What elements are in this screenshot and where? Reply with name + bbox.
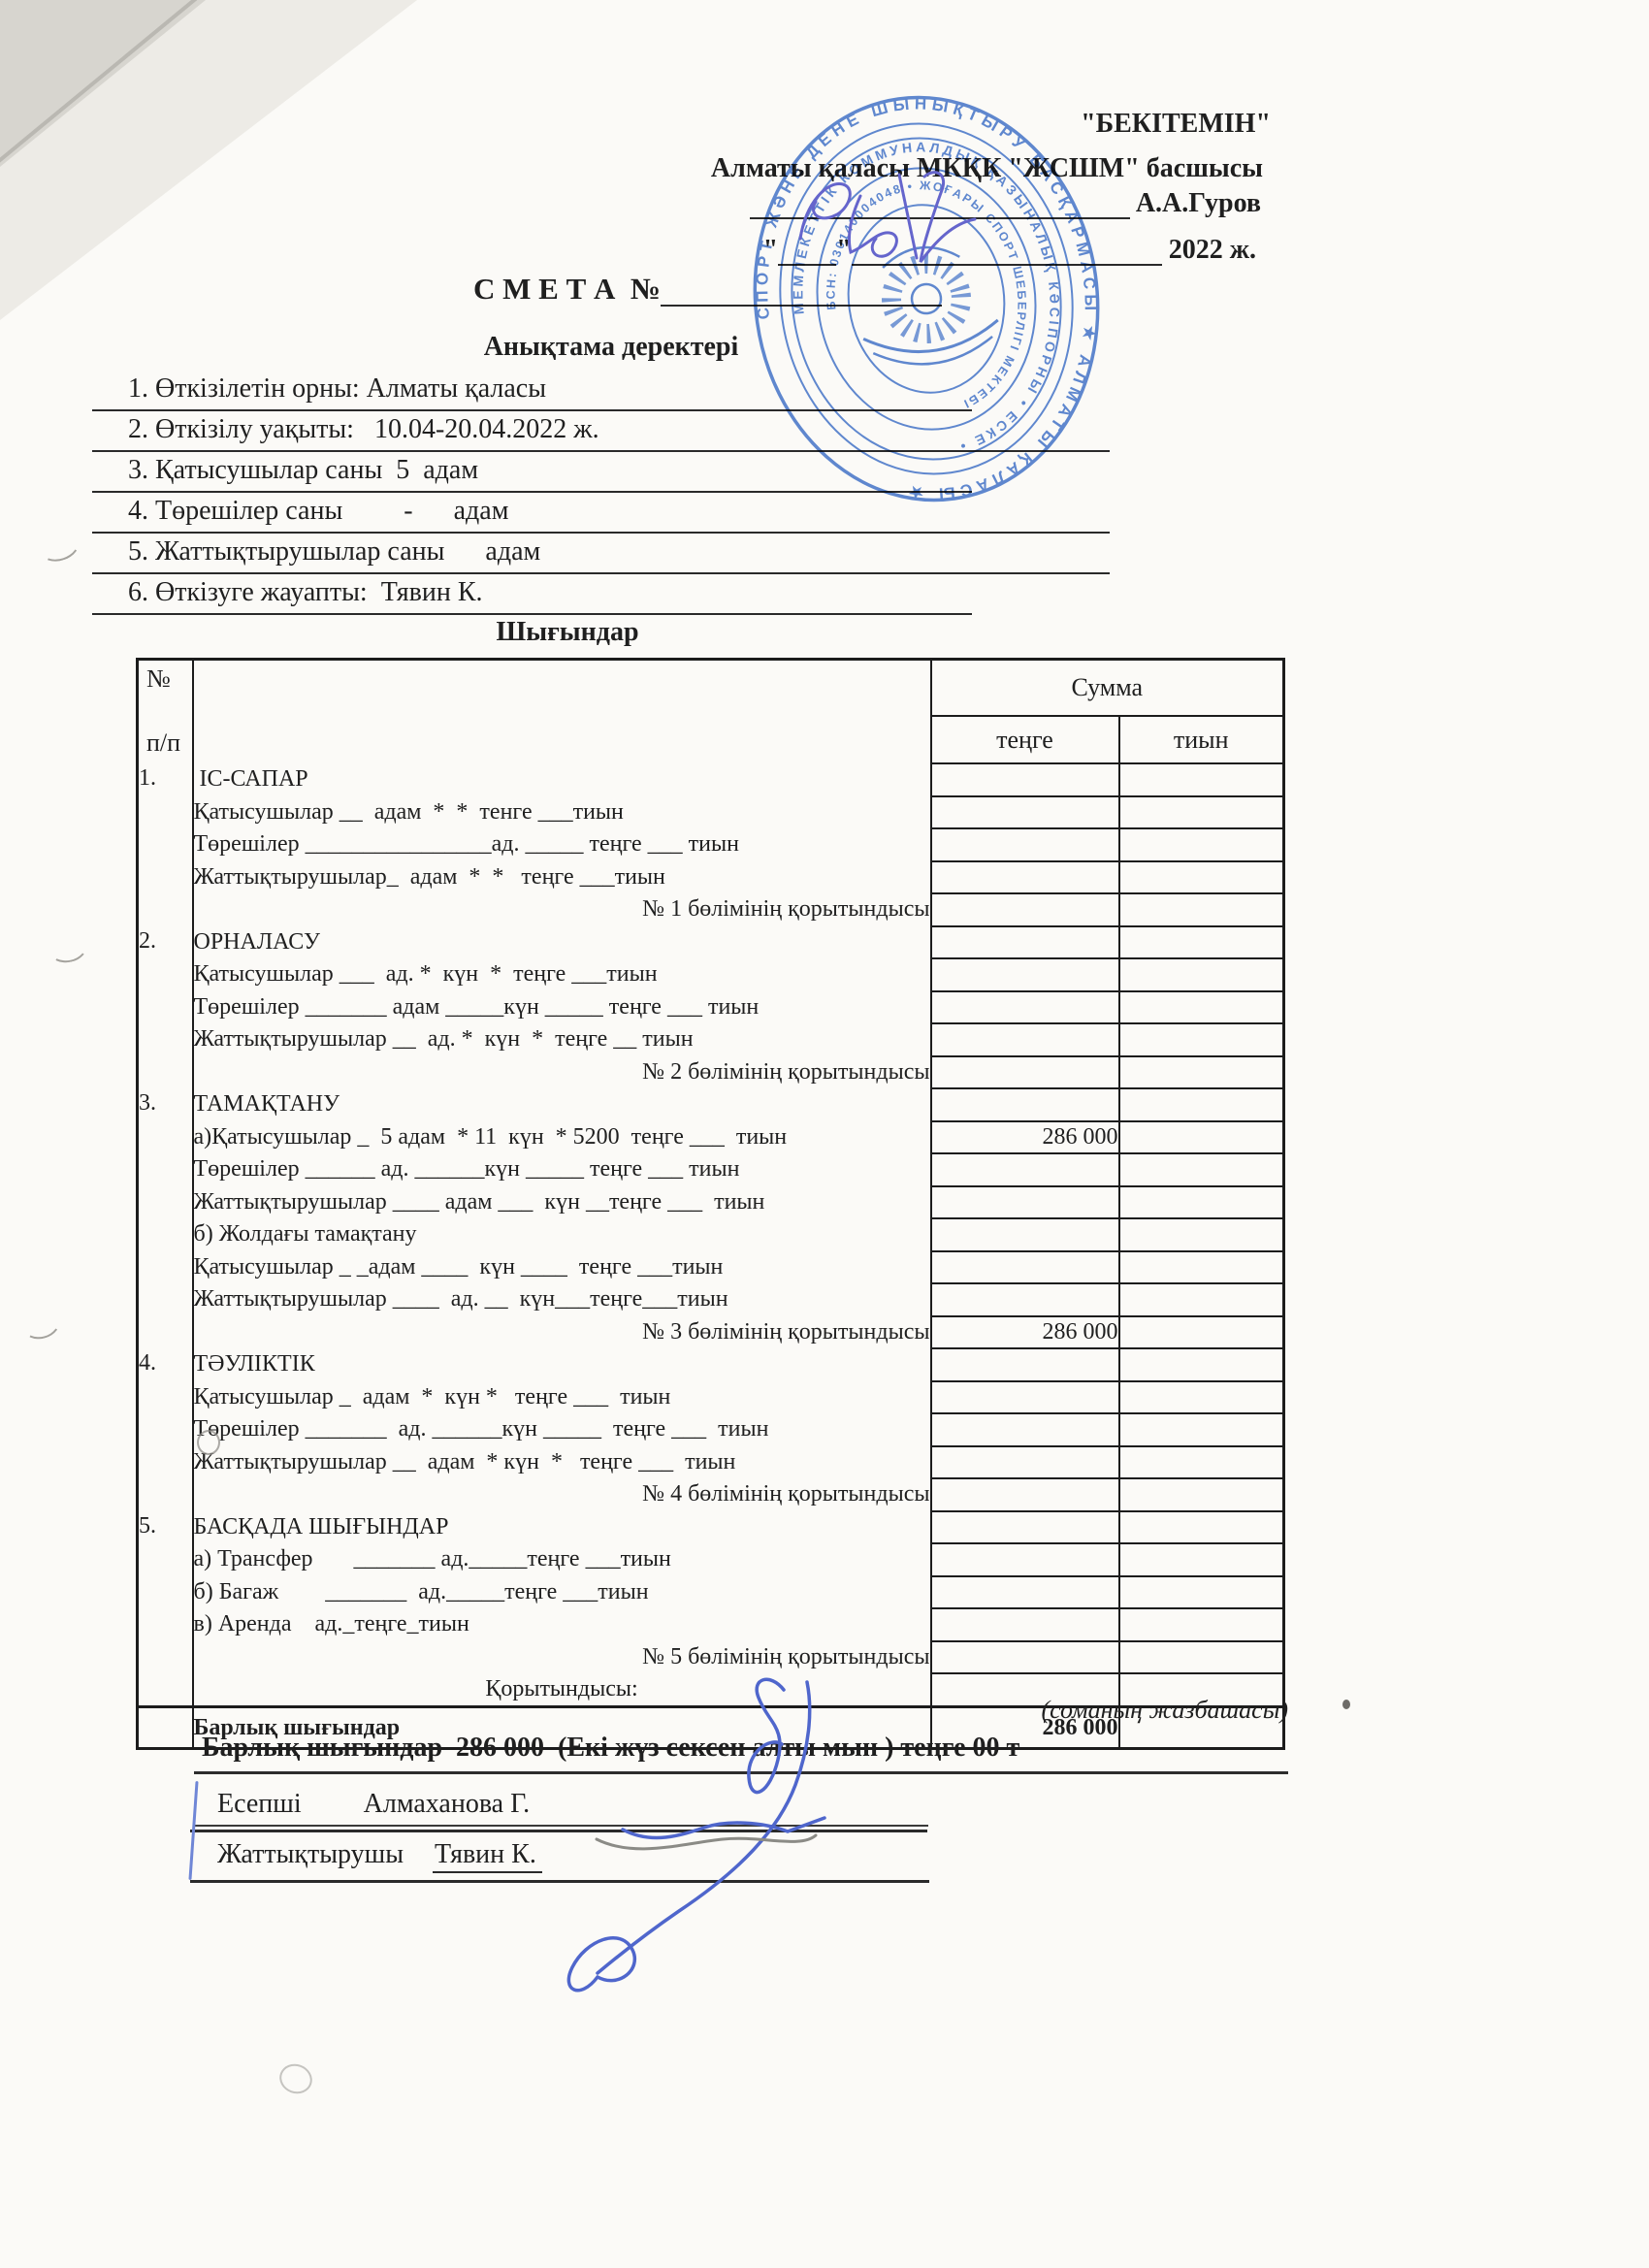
table-row: в) Аренда ад._теңге_тиын bbox=[138, 1608, 1284, 1641]
row-description: Төрешілер ______ ад. ______күн _____ тең… bbox=[193, 1153, 931, 1186]
row-number bbox=[138, 1283, 193, 1316]
row-amount-tiyn bbox=[1119, 1641, 1284, 1674]
row-amount-tiyn bbox=[1119, 1088, 1284, 1121]
row-amount-tenge bbox=[931, 1088, 1119, 1121]
row-amount-tenge bbox=[931, 1576, 1119, 1609]
row-number bbox=[138, 1056, 193, 1089]
table-row: 1. ІС-САПАР bbox=[138, 763, 1284, 796]
row-description: б) Багаж _______ ад._____теңге ___тиын bbox=[193, 1576, 931, 1609]
num-header-bottom: п/п bbox=[146, 729, 192, 758]
row-description: Жаттықтырушылар __ адам * күн * теңге __… bbox=[193, 1446, 931, 1479]
row-description: а)Қатысушылар _ 5 адам * 11 күн * 5200 т… bbox=[193, 1121, 931, 1154]
table-row: а)Қатысушылар _ 5 адам * 11 күн * 5200 т… bbox=[138, 1121, 1284, 1154]
row-amount-tiyn bbox=[1119, 1381, 1284, 1414]
row-number bbox=[138, 1673, 193, 1706]
row-amount-tiyn bbox=[1119, 1056, 1284, 1089]
row-amount-tenge bbox=[931, 958, 1119, 991]
col-header-desc bbox=[193, 660, 931, 764]
table-row: 2.ОРНАЛАСУ bbox=[138, 926, 1284, 959]
info-line-responsible: 6. Өткізуге жауапты: Тявин К. bbox=[92, 574, 972, 615]
row-number bbox=[138, 1413, 193, 1446]
row-amount-tenge bbox=[931, 1251, 1119, 1284]
row-amount-tiyn bbox=[1119, 1153, 1284, 1186]
row-description: Төрешілер _______ адам _____күн _____ те… bbox=[193, 991, 931, 1024]
row-amount-tenge bbox=[931, 763, 1119, 796]
row-number bbox=[138, 1576, 193, 1609]
row-amount-tenge bbox=[931, 1543, 1119, 1576]
row-amount-tiyn bbox=[1119, 796, 1284, 829]
col-header-tenge: теңге bbox=[931, 716, 1119, 763]
row-number bbox=[138, 991, 193, 1024]
col-header-tiyn: тиын bbox=[1119, 716, 1284, 763]
row-number bbox=[138, 1153, 193, 1186]
table-row: Жаттықтырушылар ____ ад. __ күн___теңге_… bbox=[138, 1283, 1284, 1316]
row-amount-tenge: 286 000 bbox=[931, 1121, 1119, 1154]
table-row: Қатысушылар _ адам * күн * теңге ___ тиы… bbox=[138, 1381, 1284, 1414]
row-amount-tenge bbox=[931, 1478, 1119, 1511]
approver-name: А.А.Гуров bbox=[1130, 188, 1261, 219]
expense-table-body: 1. ІС-САПАРҚатысушылар __ адам * * тенге… bbox=[138, 763, 1284, 1748]
row-description: № 3 бөлімінің қорытындысы bbox=[193, 1316, 931, 1349]
info-section-title: Анықтама деректері bbox=[436, 332, 786, 363]
row-description: Төрешілер _______ ад. ______күн _____ те… bbox=[193, 1413, 931, 1446]
row-number bbox=[138, 861, 193, 894]
row-amount-tenge bbox=[931, 1381, 1119, 1414]
scan-mark-1 bbox=[35, 526, 82, 567]
table-row: 3.ТАМАҚТАНУ bbox=[138, 1088, 1284, 1121]
row-description: Қатысушылар __ адам * * тенге ___тиын bbox=[193, 796, 931, 829]
row-amount-tenge bbox=[931, 1348, 1119, 1381]
row-amount-tenge: 286 000 bbox=[931, 1316, 1119, 1349]
row-amount-tenge bbox=[931, 1023, 1119, 1056]
table-row: № 2 бөлімінің қорытындысы bbox=[138, 1056, 1284, 1089]
smeta-label: С М Е Т А № bbox=[473, 272, 661, 307]
table-row: Жаттықтырушылар ____ адам ___ күн __теңг… bbox=[138, 1186, 1284, 1219]
table-row: Қатысушылар __ адам * * тенге ___тиын bbox=[138, 796, 1284, 829]
row-description: Қатысушылар _ _адам ____ күн ____ теңге … bbox=[193, 1251, 931, 1284]
scan-smudge bbox=[275, 2059, 316, 2098]
table-row: № 1 бөлімінің қорытындысы bbox=[138, 893, 1284, 926]
row-amount-tiyn bbox=[1119, 1251, 1284, 1284]
row-amount-tiyn bbox=[1119, 893, 1284, 926]
table-row: Жаттықтырушылар __ адам * күн * теңге __… bbox=[138, 1446, 1284, 1479]
row-number bbox=[138, 1186, 193, 1219]
row-amount-tenge bbox=[931, 1511, 1119, 1544]
row-amount-tiyn bbox=[1119, 1121, 1284, 1154]
row-description: № 2 бөлімінің қорытындысы bbox=[193, 1056, 931, 1089]
row-number bbox=[138, 1706, 193, 1748]
row-amount-tiyn bbox=[1119, 1511, 1284, 1544]
row-number bbox=[138, 1381, 193, 1414]
row-description: ІС-САПАР bbox=[193, 763, 931, 796]
table-row: Қатысушылар ___ ад. * күн * теңге ___тиы… bbox=[138, 958, 1284, 991]
row-description: Жаттықтырушылар ____ ад. __ күн___теңге_… bbox=[193, 1283, 931, 1316]
row-amount-tiyn bbox=[1119, 1023, 1284, 1056]
table-row: б) Багаж _______ ад._____теңге ___тиын bbox=[138, 1576, 1284, 1609]
table-row: Қатысушылар _ _адам ____ күн ____ теңге … bbox=[138, 1251, 1284, 1284]
table-row: Жаттықтырушылар __ ад. * күн * теңге __ … bbox=[138, 1023, 1284, 1056]
row-amount-tiyn bbox=[1119, 1413, 1284, 1446]
sum-in-words-note: (соманың жазбашасы) bbox=[1041, 1696, 1288, 1725]
row-description: а) Трансфер _______ ад._____теңге ___тиы… bbox=[193, 1543, 931, 1576]
row-amount-tiyn bbox=[1119, 1576, 1284, 1609]
table-row: Төрешілер _______ ад. ______күн _____ те… bbox=[138, 1413, 1284, 1446]
row-number bbox=[138, 1316, 193, 1349]
row-number bbox=[138, 1446, 193, 1479]
trainer-row: ЖаттықтырушыТявин К. bbox=[194, 1835, 542, 1874]
row-amount-tiyn bbox=[1119, 991, 1284, 1024]
row-amount-tenge bbox=[931, 926, 1119, 959]
table-row: Жаттықтырушылар_ адам * * теңге ___тиын bbox=[138, 861, 1284, 894]
row-number: 4. bbox=[138, 1348, 193, 1381]
row-amount-tiyn bbox=[1119, 1348, 1284, 1381]
row-amount-tiyn bbox=[1119, 926, 1284, 959]
row-amount-tenge bbox=[931, 1283, 1119, 1316]
row-number: 5. bbox=[138, 1511, 193, 1544]
row-number bbox=[138, 796, 193, 829]
row-number bbox=[138, 1218, 193, 1251]
table-row: Төрешілер ______ ад. ______күн _____ тең… bbox=[138, 1153, 1284, 1186]
row-amount-tiyn bbox=[1119, 861, 1284, 894]
col-header-sum: Сумма bbox=[931, 660, 1284, 717]
row-amount-tenge bbox=[931, 1413, 1119, 1446]
row-amount-tiyn bbox=[1119, 1316, 1284, 1349]
row-description: № 4 бөлімінің қорытындысы bbox=[193, 1478, 931, 1511]
row-description: Жаттықтырушылар __ ад. * күн * теңге __ … bbox=[193, 1023, 931, 1056]
info-line-trainers: 5. Жаттықтырушылар саны адам bbox=[92, 534, 1110, 574]
table-row: Төрешілер ________________ад. _____ теңг… bbox=[138, 828, 1284, 861]
row-number bbox=[138, 1478, 193, 1511]
row-number bbox=[138, 1251, 193, 1284]
row-amount-tiyn bbox=[1119, 1218, 1284, 1251]
row-amount-tiyn bbox=[1119, 1478, 1284, 1511]
footer-signatures bbox=[504, 1667, 912, 2016]
row-amount-tiyn bbox=[1119, 958, 1284, 991]
row-amount-tenge bbox=[931, 796, 1119, 829]
row-number: 1. bbox=[138, 763, 193, 796]
table-row: Төрешілер _______ адам _____күн _____ те… bbox=[138, 991, 1284, 1024]
row-number bbox=[138, 1608, 193, 1641]
scan-mark-3 bbox=[18, 1303, 64, 1343]
row-amount-tenge bbox=[931, 1608, 1119, 1641]
row-amount-tiyn bbox=[1119, 828, 1284, 861]
row-amount-tiyn bbox=[1119, 1186, 1284, 1219]
row-description: ОРНАЛАСУ bbox=[193, 926, 931, 959]
row-description: Төрешілер ________________ад. _____ теңг… bbox=[193, 828, 931, 861]
row-description: БАСҚАДА ШЫҒЫНДАР bbox=[193, 1511, 931, 1544]
table-row: а) Трансфер _______ ад._____теңге ___тиы… bbox=[138, 1543, 1284, 1576]
row-description: Қатысушылар ___ ад. * күн * теңге ___тиы… bbox=[193, 958, 931, 991]
row-description: Жаттықтырушылар_ адам * * теңге ___тиын bbox=[193, 861, 931, 894]
row-description: Қатысушылар _ адам * күн * теңге ___ тиы… bbox=[193, 1381, 931, 1414]
col-header-num: № п/п bbox=[138, 660, 193, 764]
row-amount-tenge bbox=[931, 828, 1119, 861]
expenses-title: Шығындар bbox=[407, 617, 727, 648]
row-amount-tiyn bbox=[1119, 763, 1284, 796]
num-header-top: № bbox=[146, 664, 192, 694]
row-amount-tiyn bbox=[1119, 1543, 1284, 1576]
table-row: № 4 бөлімінің қорытындысы bbox=[138, 1478, 1284, 1511]
row-description: Жаттықтырушылар ____ адам ___ күн __теңг… bbox=[193, 1186, 931, 1219]
table-row: б) Жолдағы тамақтану bbox=[138, 1218, 1284, 1251]
row-number: 3. bbox=[138, 1088, 193, 1121]
row-description: б) Жолдағы тамақтану bbox=[193, 1218, 931, 1251]
expenses-table: № п/п Сумма теңге тиын 1. ІС-САПАРҚатысу… bbox=[136, 658, 1285, 1750]
row-amount-tenge bbox=[931, 991, 1119, 1024]
accountant-label: Есепші bbox=[217, 1789, 302, 1819]
row-amount-tenge bbox=[931, 1186, 1119, 1219]
date-year: 2022 ж. bbox=[1162, 235, 1256, 266]
row-number bbox=[138, 1023, 193, 1056]
table-row: № 3 бөлімінің қорытындысы286 000 bbox=[138, 1316, 1284, 1349]
row-description: ТАМАҚТАНУ bbox=[193, 1088, 931, 1121]
scan-ring-mark bbox=[197, 1430, 220, 1455]
row-amount-tiyn bbox=[1119, 1446, 1284, 1479]
scan-mark-2 bbox=[46, 929, 89, 966]
row-number bbox=[138, 1543, 193, 1576]
row-description: № 1 бөлімінің қорытындысы bbox=[193, 893, 931, 926]
row-number bbox=[138, 1121, 193, 1154]
row-number bbox=[138, 1641, 193, 1674]
row-amount-tenge bbox=[931, 1153, 1119, 1186]
row-amount-tenge bbox=[931, 1641, 1119, 1674]
table-row: 5.БАСҚАДА ШЫҒЫНДАР bbox=[138, 1511, 1284, 1544]
row-description: в) Аренда ад._теңге_тиын bbox=[193, 1608, 931, 1641]
approver-signature bbox=[771, 146, 1062, 291]
row-number bbox=[138, 958, 193, 991]
row-number bbox=[138, 893, 193, 926]
row-amount-tenge bbox=[931, 1218, 1119, 1251]
row-number bbox=[138, 828, 193, 861]
row-amount-tiyn bbox=[1119, 1283, 1284, 1316]
table-row: 4.ТӘУЛІКТІК bbox=[138, 1348, 1284, 1381]
row-number: 2. bbox=[138, 926, 193, 959]
row-amount-tenge bbox=[931, 861, 1119, 894]
row-amount-tenge bbox=[931, 1056, 1119, 1089]
row-amount-tenge bbox=[931, 893, 1119, 926]
row-amount-tiyn bbox=[1119, 1608, 1284, 1641]
row-description: ТӘУЛІКТІК bbox=[193, 1348, 931, 1381]
trainer-label: Жаттықтырушы bbox=[217, 1839, 404, 1869]
ink-dot-artifact bbox=[1342, 1700, 1350, 1709]
row-amount-tenge bbox=[931, 1446, 1119, 1479]
